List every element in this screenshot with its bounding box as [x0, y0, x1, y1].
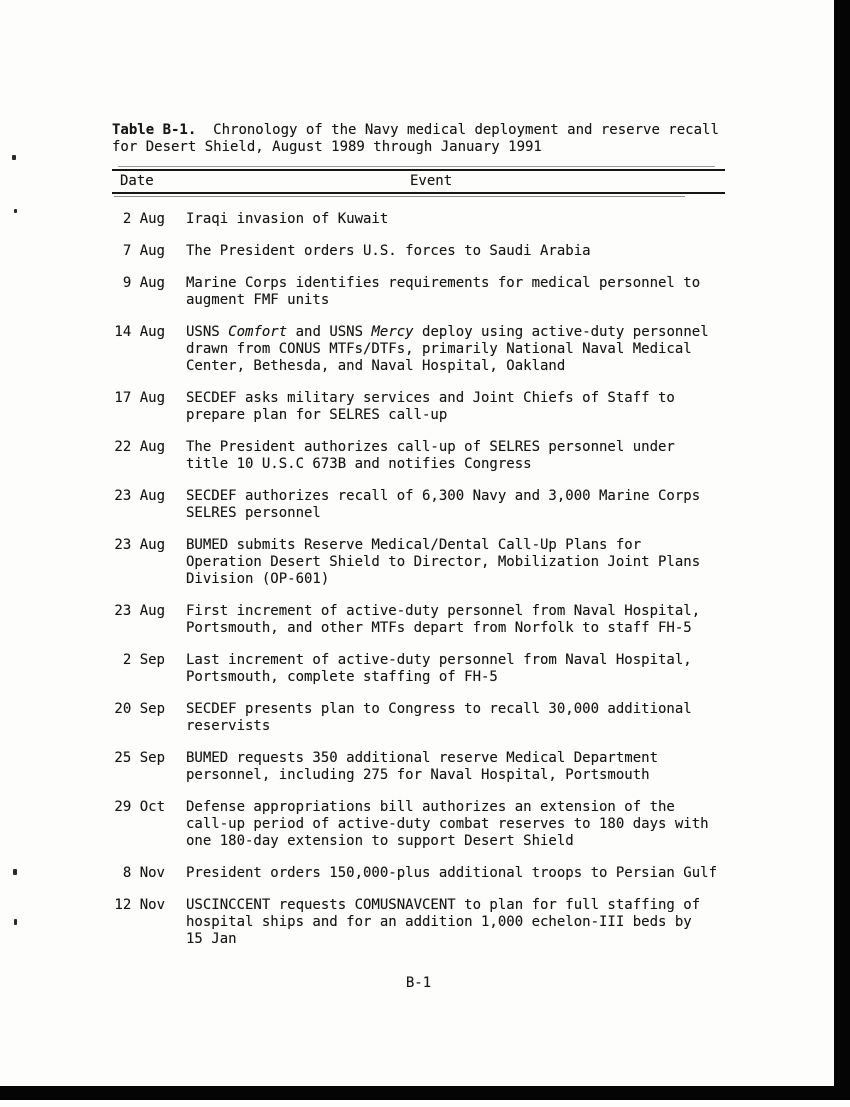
scan-edge-bottom	[0, 1086, 850, 1100]
table-row: 29 Oct Defense appropriations bill autho…	[112, 799, 725, 850]
table-row: 23 Aug First increment of active-duty pe…	[112, 603, 725, 637]
column-header-date: Date	[112, 173, 154, 189]
table-row: 2 Aug Iraqi invasion of Kuwait	[112, 211, 725, 228]
scan-speck	[14, 209, 17, 213]
event-cell: Defense appropriations bill authorizes a…	[186, 799, 709, 850]
date-cell: 23 Aug	[112, 488, 165, 522]
date-cell: 23 Aug	[112, 537, 165, 588]
scan-speck	[14, 919, 17, 925]
event-cell: BUMED submits Reserve Medical/Dental Cal…	[186, 537, 700, 588]
table-row: 7 Aug The President orders U.S. forces t…	[112, 243, 725, 260]
table-header: Date Event	[112, 169, 725, 194]
date-cell: 29 Oct	[112, 799, 165, 850]
ship-name-comfort: Comfort	[228, 324, 287, 340]
date-cell: 2 Aug	[112, 211, 165, 228]
date-cell: 17 Aug	[112, 390, 165, 424]
event-cell: SECDEF presents plan to Congress to reca…	[186, 701, 692, 735]
table-row: 17 Aug SECDEF asks military services and…	[112, 390, 725, 424]
table-caption: Table B-1. Chronology of the Navy medica…	[112, 122, 725, 156]
table-row: 25 Sep BUMED requests 350 additional res…	[112, 750, 725, 784]
document-page: { "page": { "title_label": "Table B-1.",…	[0, 0, 850, 1107]
date-cell: 14 Aug	[112, 324, 165, 375]
table-rule-bottom	[112, 192, 725, 194]
event-cell: The President authorizes call-up of SELR…	[186, 439, 675, 473]
scan-speck	[13, 869, 17, 875]
date-cell: 7 Aug	[112, 243, 165, 260]
event-cell: Last increment of active-duty personnel …	[186, 652, 692, 686]
table-row: 20 Sep SECDEF presents plan to Congress …	[112, 701, 725, 735]
column-header-event: Event	[410, 171, 452, 192]
event-cell: SECDEF asks military services and Joint …	[186, 390, 675, 424]
table-row: 14 Aug USNS Comfort and USNS Mercy deplo…	[112, 324, 725, 375]
table-row: 12 Nov USCINCCENT requests COMUSNAVCENT …	[112, 897, 725, 948]
table-row: 8 Nov President orders 150,000-plus addi…	[112, 865, 725, 882]
date-cell: 22 Aug	[112, 439, 165, 473]
scan-speck	[12, 155, 16, 160]
event-text-segment: and USNS	[287, 324, 371, 340]
page-number: B-1	[112, 975, 725, 991]
date-cell: 2 Sep	[112, 652, 165, 686]
date-cell: 9 Aug	[112, 275, 165, 309]
event-cell: The President orders U.S. forces to Saud…	[186, 243, 591, 260]
event-cell: First increment of active-duty personnel…	[186, 603, 700, 637]
ship-name-mercy: Mercy	[371, 324, 413, 340]
table-row: 23 Aug BUMED submits Reserve Medical/Den…	[112, 537, 725, 588]
event-cell: USNS Comfort and USNS Mercy deploy using…	[186, 324, 709, 375]
event-cell: Iraqi invasion of Kuwait	[186, 211, 388, 228]
event-text-segment: USNS	[186, 324, 228, 340]
table-body: 2 Aug Iraqi invasion of Kuwait 7 Aug The…	[112, 211, 725, 948]
event-cell: Marine Corps identifies requirements for…	[186, 275, 700, 309]
date-cell: 8 Nov	[112, 865, 165, 882]
date-cell: 23 Aug	[112, 603, 165, 637]
scan-edge-right	[834, 0, 850, 1100]
table-b1: Table B-1. Chronology of the Navy medica…	[112, 122, 725, 991]
table-row: 22 Aug The President authorizes call-up …	[112, 439, 725, 473]
table-caption-label: Table B-1.	[112, 122, 196, 138]
date-cell: 20 Sep	[112, 701, 165, 735]
event-cell: President orders 150,000-plus additional…	[186, 865, 717, 882]
date-cell: 12 Nov	[112, 897, 165, 948]
table-caption-text: Chronology of the Navy medical deploymen…	[112, 122, 719, 155]
table-header-row: Date Event	[112, 171, 725, 192]
table-row: 9 Aug Marine Corps identifies requiremen…	[112, 275, 725, 309]
table-row: 23 Aug SECDEF authorizes recall of 6,300…	[112, 488, 725, 522]
event-cell: SECDEF authorizes recall of 6,300 Navy a…	[186, 488, 700, 522]
date-cell: 25 Sep	[112, 750, 165, 784]
event-cell: BUMED requests 350 additional reserve Me…	[186, 750, 658, 784]
event-cell: USCINCCENT requests COMUSNAVCENT to plan…	[186, 897, 700, 948]
table-row: 2 Sep Last increment of active-duty pers…	[112, 652, 725, 686]
